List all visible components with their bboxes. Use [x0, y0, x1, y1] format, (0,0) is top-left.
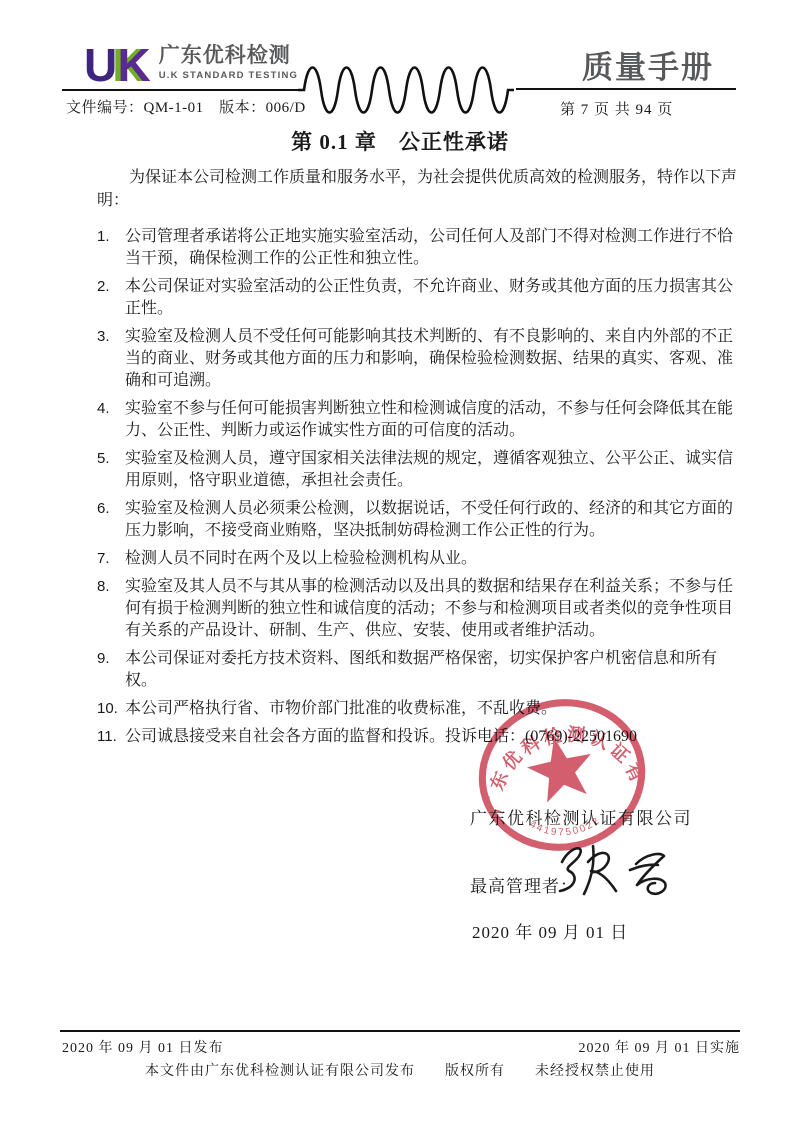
- chapter-title: 第 0.1 章 公正性承诺: [0, 126, 800, 156]
- item-text: 公司管理者承诺将公正地实施实验室活动，公司任何人及部门不得对检测工作进行不恰当干…: [125, 228, 733, 267]
- brand-name-cn: 广东优科检测: [159, 44, 298, 68]
- list-item: 4.实验室不参与任何可能损害判断独立性和检测诚信度的活动，不参与任何会降低其在能…: [97, 398, 742, 442]
- signature-date: 2020 年 09 月 01 日: [472, 918, 628, 943]
- header-rule-right: [516, 88, 736, 90]
- intro-paragraph: 为保证本公司检测工作质量和服务水平，为社会提供优质高效的检测服务，特作以下声明：: [97, 166, 742, 212]
- copyright-line: 本文件由广东优科检测认证有限公司发布 版权所有 未经授权禁止使用: [0, 1060, 800, 1080]
- signing-company-name: 广东优科检测认证有限公司: [470, 804, 692, 829]
- list-item: 9.本公司保证对委托方技术资料、图纸和数据严格保密，切实保护客户机密信息和所有权…: [97, 648, 742, 692]
- release-date: 2020 年 09 月 01 日发布: [62, 1037, 224, 1057]
- company-logo: UKK 广东优科检测 U.K STANDARD TESTING: [84, 42, 298, 88]
- manual-title: 质量手册: [558, 42, 738, 87]
- item-number: 4.: [97, 398, 110, 420]
- item-text: 本公司保证对实验室活动的公正性负责，不允许商业、财务或其他方面的压力损害其公正性…: [125, 278, 733, 317]
- item-number: 10.: [97, 698, 118, 720]
- list-item: 1.公司管理者承诺将公正地实施实验室活动，公司任何人及部门不得对检测工作进行不恰…: [97, 226, 742, 270]
- document-number: 文件编号：QM-1-01 版本：006/D: [66, 96, 306, 117]
- item-text: 检测人员不同时在两个及以上检验检测机构从业。: [125, 550, 477, 567]
- chapter-body: 为保证本公司检测工作质量和服务水平，为社会提供优质高效的检测服务，特作以下声明：…: [97, 166, 742, 754]
- list-item: 10.本公司严格执行省、市物价部门批准的收费标准，不乱收费。: [97, 698, 742, 720]
- item-text: 实验室及其人员不与其从事的检测活动以及出具的数据和结果存在利益关系；不参与任何有…: [125, 578, 733, 639]
- page-number: 第 7 页 共 94 页: [560, 98, 673, 119]
- item-number: 7.: [97, 548, 110, 570]
- list-item: 2.本公司保证对实验室活动的公正性负责，不允许商业、财务或其他方面的压力损害其公…: [97, 276, 742, 320]
- commitment-list: 1.公司管理者承诺将公正地实施实验室活动，公司任何人及部门不得对检测工作进行不恰…: [97, 226, 742, 748]
- item-number: 11.: [97, 726, 117, 748]
- item-number: 8.: [97, 576, 110, 598]
- list-item: 3.实验室及检测人员不受任何可能影响其技术判断的、有不良影响的、来自内外部的不正…: [97, 326, 742, 392]
- item-number: 2.: [97, 276, 110, 298]
- item-text: 实验室及检测人员必须秉公检测，以数据说话，不受任何行政的、经济的和其它方面的压力…: [125, 500, 733, 539]
- item-number: 5.: [97, 448, 110, 470]
- implement-date: 2020 年 09 月 01 日实施: [579, 1037, 741, 1057]
- item-number: 6.: [97, 498, 110, 520]
- item-text: 实验室不参与任何可能损害判断独立性和检测诚信度的活动，不参与任何会降低其在能力、…: [125, 400, 733, 439]
- item-text: 实验室及检测人员，遵守国家相关法律法规的规定，遵循客观独立、公平公正、诚实信用原…: [125, 450, 733, 489]
- item-text: 实验室及检测人员不受任何可能影响其技术判断的、有不良影响的、来自内外部的不正当的…: [125, 328, 733, 389]
- list-item: 5.实验室及检测人员，遵守国家相关法律法规的规定，遵循客观独立、公平公正、诚实信…: [97, 448, 742, 492]
- footer-rule: [60, 1030, 740, 1032]
- brand-text: 广东优科检测 U.K STANDARD TESTING: [159, 44, 298, 81]
- uk-logo-icon: UKK: [84, 42, 149, 88]
- header-wave-decoration: [298, 58, 518, 122]
- document-page: UKK 广东优科检测 U.K STANDARD TESTING 质量手册 文件编…: [0, 0, 800, 1124]
- item-number: 9.: [97, 648, 110, 670]
- list-item: 7.检测人员不同时在两个及以上检验检测机构从业。: [97, 548, 742, 570]
- item-number: 1.: [97, 226, 110, 248]
- item-number: 3.: [97, 326, 110, 348]
- brand-name-en: U.K STANDARD TESTING: [159, 70, 298, 81]
- list-item: 8.实验室及其人员不与其从事的检测活动以及出具的数据和结果存在利益关系；不参与任…: [97, 576, 742, 642]
- list-item: 6.实验室及检测人员必须秉公检测，以数据说话，不受任何行政的、经济的和其它方面的…: [97, 498, 742, 542]
- header-rule-left: [62, 89, 302, 91]
- handwritten-signature: [548, 838, 678, 908]
